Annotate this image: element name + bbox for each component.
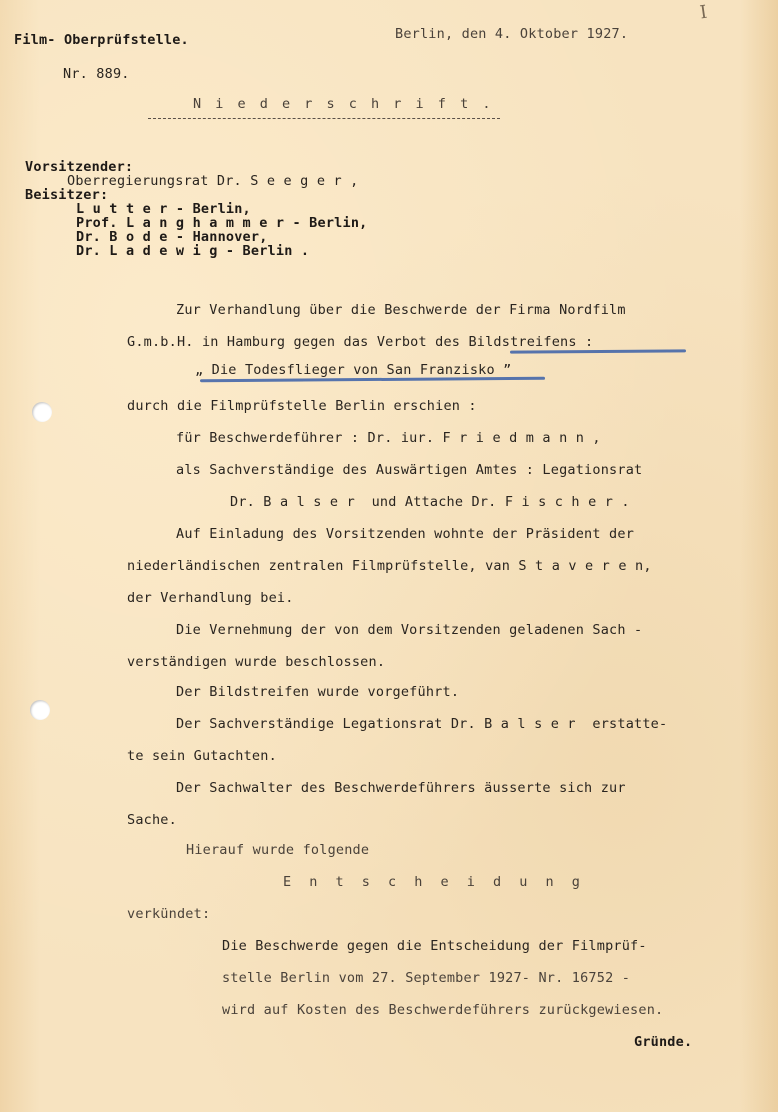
announced-label: verkündet: (127, 906, 210, 922)
body-line: Zur Verhandlung über die Beschwerde der … (176, 302, 626, 318)
decision-line: Die Beschwerde gegen die Entscheidung de… (222, 938, 647, 954)
assessor: Prof. L a n g h a m m e r - Berlin, (76, 216, 367, 230)
chair-name: Oberregierungsrat Dr. S e e g e r , (67, 174, 358, 188)
body-line: als Sachverständige des Auswärtigen Amte… (176, 462, 642, 478)
body-line-text: G.m.b.H. in Hamburg gegen das Verbot des (127, 334, 468, 350)
body-line: Die Vernehmung der von dem Vorsitzenden … (176, 622, 642, 638)
film-title: „ Die Todesflieger von San Franzisko ” (195, 362, 511, 378)
body-line: Auf Einladung des Vorsitzenden wohnte de… (176, 526, 634, 542)
film-term: Bildstreifens : (468, 334, 593, 350)
body-line: Der Sachwalter des Beschwerdeführers äus… (176, 780, 626, 796)
document-page: I Film- Oberprüfstelle. Berlin, den 4. O… (0, 0, 778, 1112)
title-underline (148, 118, 500, 119)
body-line: Dr. B a l s e r und Attache Dr. F i s c … (230, 494, 630, 510)
assessors-label: Beisitzer: (25, 188, 108, 202)
office-name: Film- Oberprüfstelle. (14, 32, 189, 48)
decision-line: stelle Berlin vom 27. September 1927- Nr… (222, 970, 630, 986)
decision-line: wird auf Kosten des Beschwerdeführers zu… (222, 1002, 663, 1018)
body-line: Hierauf wurde folgende (186, 842, 369, 858)
assessor: Dr. B o d e - Hannover, (76, 230, 268, 244)
body-line: für Beschwerdeführer : Dr. iur. F r i e … (176, 430, 601, 446)
document-title: N i e d e r s c h r i f t . (193, 96, 493, 112)
place-date: Berlin, den 4. Oktober 1927. (395, 26, 628, 42)
assessor: L u t t e r - Berlin, (76, 202, 251, 216)
pencil-mark: I (699, 2, 709, 24)
body-line: verständigen wurde beschlossen. (127, 654, 385, 670)
document-number: Nr. 889. (63, 66, 130, 82)
reasons-heading: Gründe. (634, 1034, 692, 1050)
punch-hole (30, 700, 50, 720)
body-line: Sache. (127, 812, 177, 828)
body-line: Der Sachverständige Legationsrat Dr. B a… (176, 716, 667, 732)
body-line: der Verhandlung bei. (127, 590, 294, 606)
chair-label: Vorsitzender: (25, 160, 133, 174)
decision-heading: E n t s c h e i d u n g (283, 874, 585, 890)
body-line: niederländischen zentralen Filmprüfstell… (127, 558, 652, 574)
body-line: te sein Gutachten. (127, 748, 277, 764)
body-line: Der Bildstreifen wurde vorgeführt. (176, 684, 459, 700)
blue-underline (510, 349, 686, 353)
body-line: durch die Filmprüfstelle Berlin erschien… (127, 398, 477, 414)
assessor: Dr. L a d e w i g - Berlin . (76, 244, 309, 258)
punch-hole (32, 402, 52, 422)
body-line: G.m.b.H. in Hamburg gegen das Verbot des… (127, 334, 593, 350)
